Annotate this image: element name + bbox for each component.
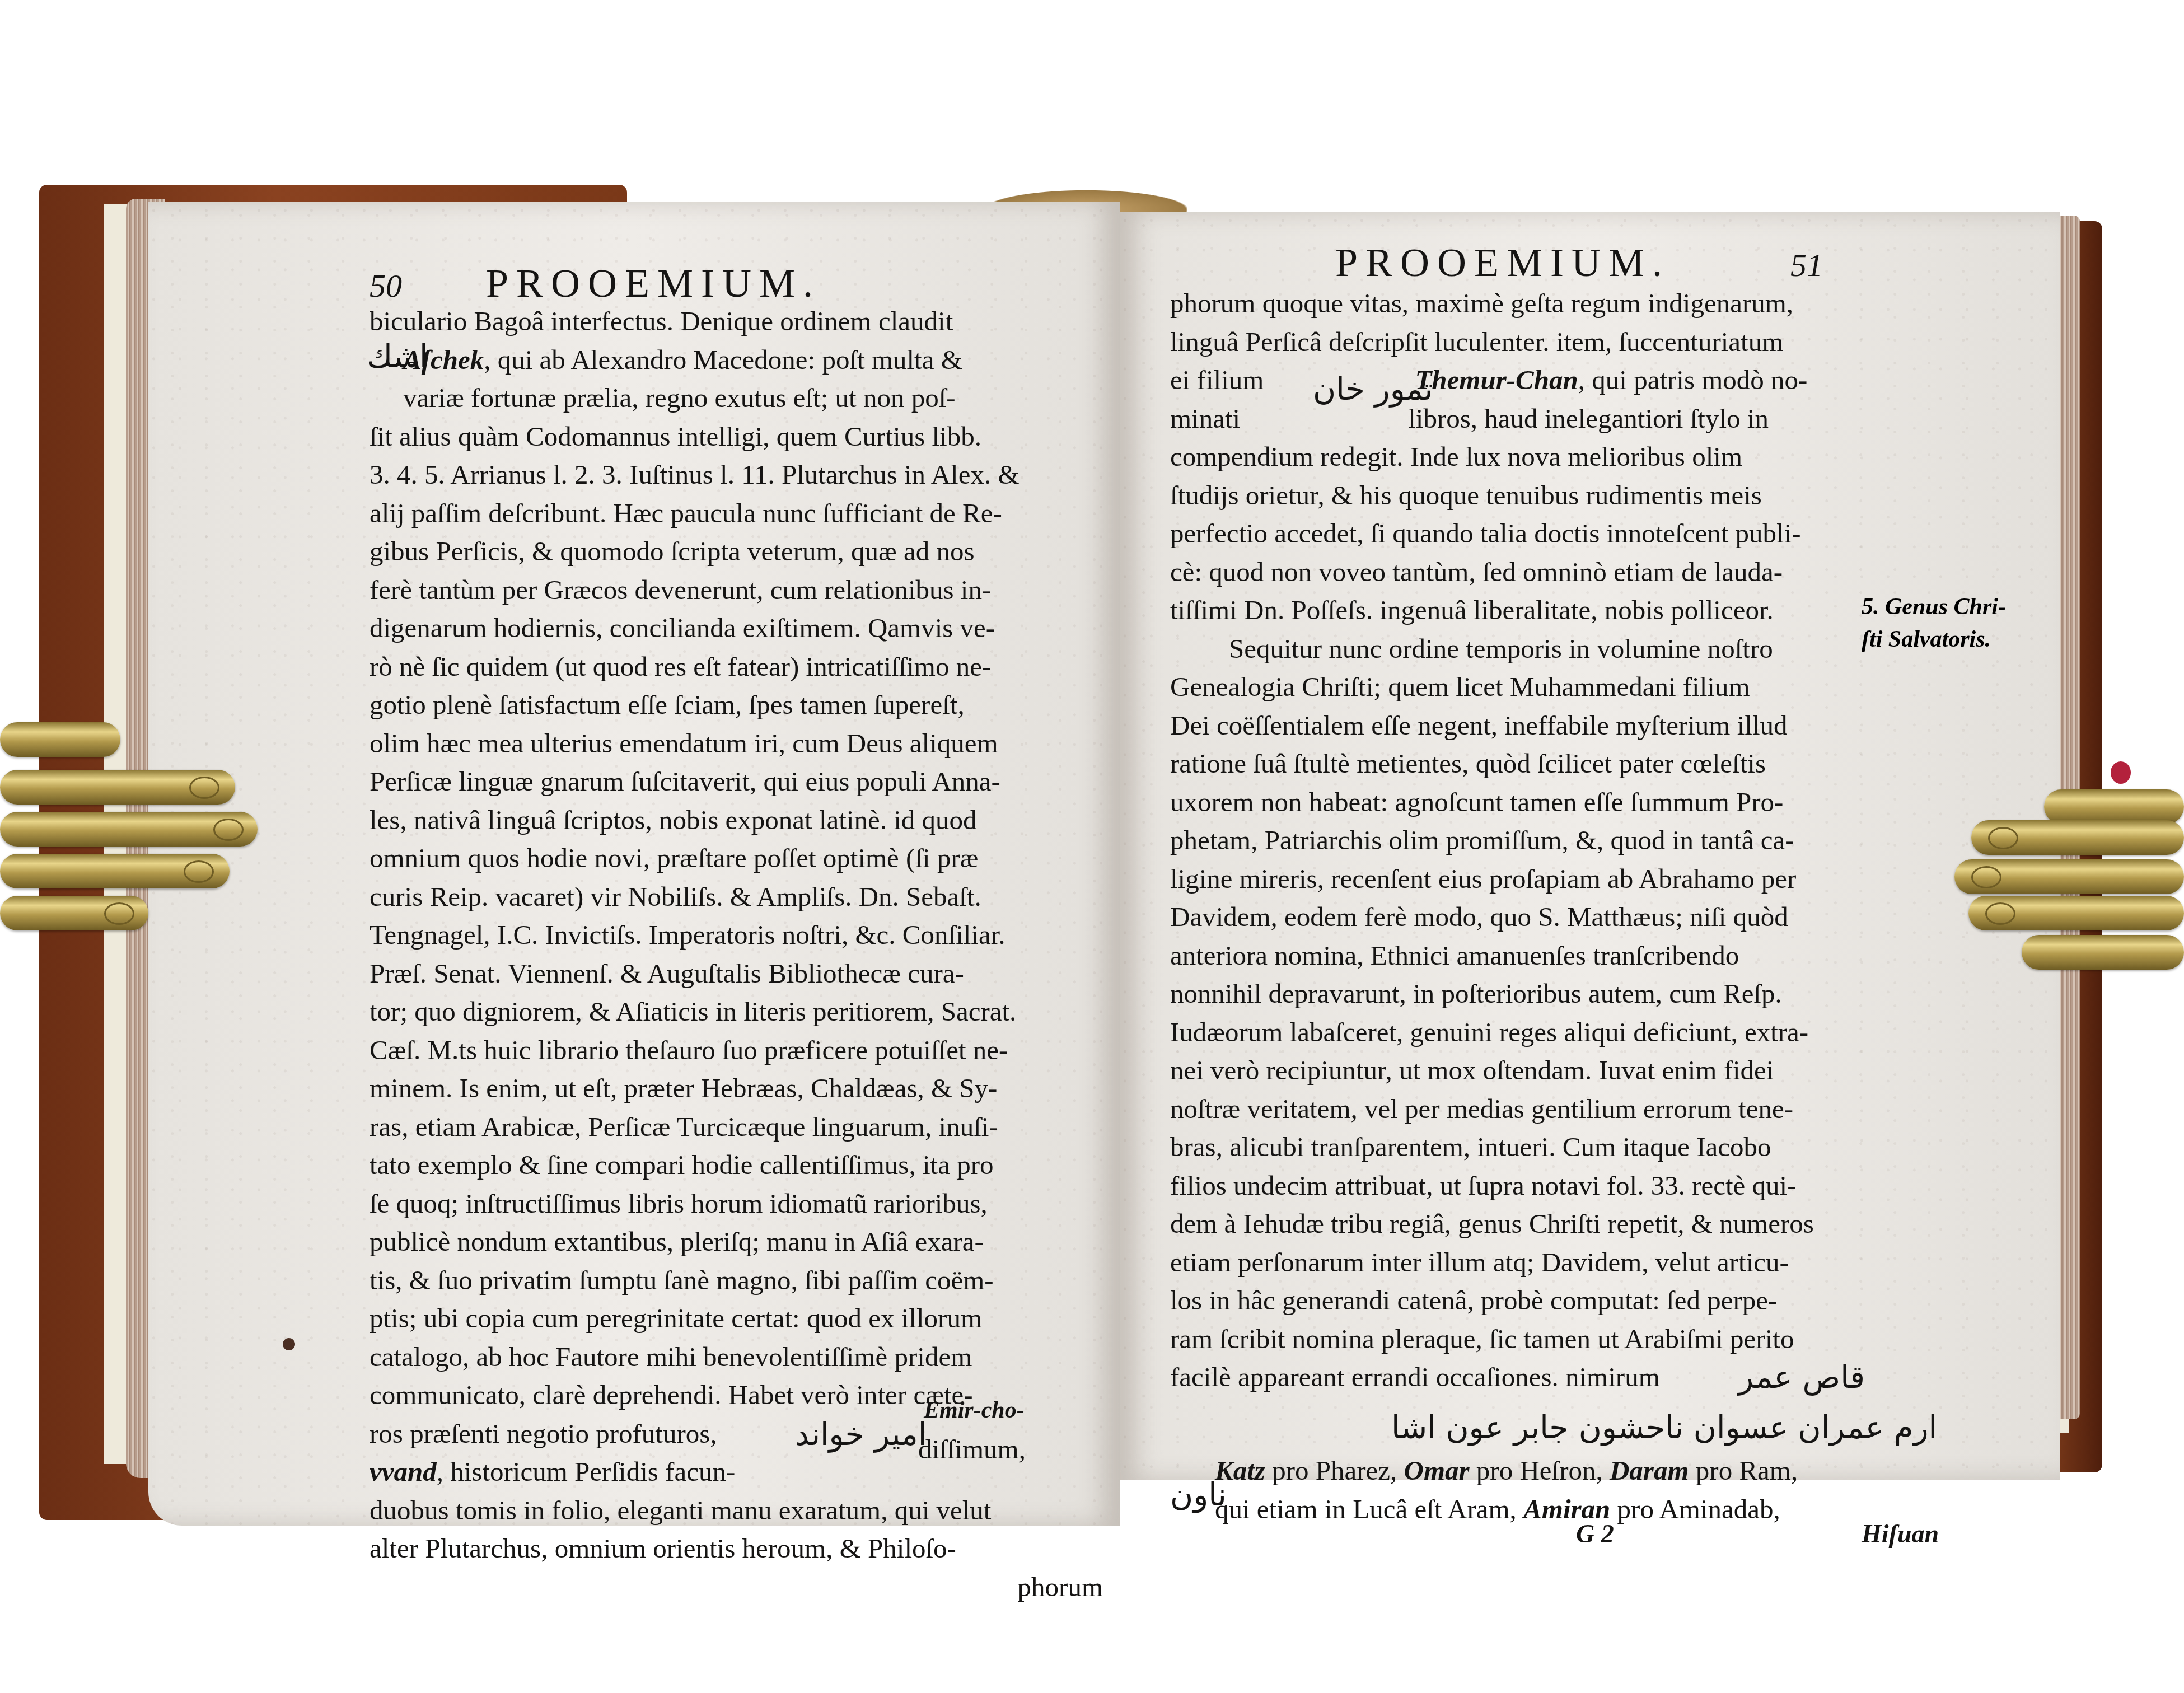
finger	[1971, 820, 2184, 855]
text-line: phetam, Patriarchis olim promiſſum, &, q…	[1170, 821, 1814, 860]
finger	[2044, 789, 2184, 824]
text-line: olim hæc mea ulterius emendatum iri, cum…	[370, 724, 1103, 763]
text-line: rò nè ſic quidem (ut quod res eſt fatear…	[370, 648, 1103, 686]
text-fragment: ei filium	[1170, 364, 1264, 395]
text-line: ptis; ubi copia cum peregrinitate certat…	[370, 1299, 1103, 1338]
text-fragment: ros præſenti negotio profuturos,	[370, 1418, 717, 1449]
text-line: anteriora nomina, Ethnici amanuenſes tra…	[1170, 937, 1814, 975]
text-line: dem à Iehudæ tribu regiâ, genus Chriſti …	[1170, 1205, 1814, 1243]
text-line: noſtræ veritatem, vel per medias gentili…	[1170, 1090, 1814, 1129]
text-line: tor; quo digniorem, & Aſiaticis in liter…	[370, 993, 1103, 1031]
text-fragment: diſſimum,	[918, 1430, 1026, 1469]
left-page: 50 PROOEMIUM. biculario Bagoâ interfectu…	[148, 202, 1120, 1526]
italic-name: vvand	[370, 1456, 437, 1487]
text-line: ſe quoq; inſtructiſſimus libris horum id…	[370, 1185, 1103, 1223]
name-daram: Daram	[1610, 1455, 1689, 1486]
text-line: facilè appareant errandi occaſiones. nim…	[1170, 1358, 1814, 1397]
text-line: Perſicæ linguæ gnarum ſuſcitaverit, qui …	[370, 763, 1103, 801]
text-fragment: pro Pharez,	[1265, 1455, 1404, 1486]
margin-note-line-1: 5. Genus Chri-	[1862, 591, 2006, 623]
names-line-2: qui etiam in Lucâ eſt Aram, Amiran pro A…	[1215, 1490, 1798, 1529]
left-page-header: 50 PROOEMIUM.	[370, 260, 821, 307]
text-line: publicè nondum extantibus, pleriſq; manu…	[370, 1223, 1103, 1261]
text-line: ferè tantùm per Græcos devenerunt, cum r…	[370, 571, 1103, 610]
name-katz: Katz	[1215, 1455, 1265, 1486]
text-line: uxorem non habeat: agnoſcunt tamen eſſe …	[1170, 783, 1814, 822]
right-page-body: phorum quoque vitas, maximè geſta regum …	[1170, 284, 1814, 1397]
paragraph-start: Sequitur nunc ordine temporis in volumin…	[1170, 630, 1814, 668]
names-line-1: Katz pro Pharez, Omar pro Heſron, Daram …	[1215, 1452, 1798, 1490]
text-line: etiam perſonarum inter illum atq; Davide…	[1170, 1243, 1814, 1282]
arabic-word-aschek: اشك	[367, 339, 428, 375]
brass-hand-right[interactable]	[1948, 789, 2184, 974]
text-line: ligine mireris, recenſent eius proſapiam…	[1170, 860, 1814, 899]
italic-gloss-emir: Emir-cho-	[924, 1394, 1025, 1427]
arabic-word-themur-chan: تمور خان	[1313, 371, 1433, 408]
text-line: Dei coëſſentialem eſſe negent, ineffabil…	[1170, 707, 1814, 745]
brass-hand-left[interactable]	[0, 722, 263, 935]
arabic-word-emir-chowand: امير خواند	[795, 1416, 927, 1453]
text-line: variæ fortunæ prælia, regno exutus eſt; …	[370, 379, 1103, 418]
text-line: linguâ Perſicâ deſcripſit luculenter. it…	[1170, 323, 1814, 362]
text-line: alij paſſim deſcribunt. Hæc paucula nunc…	[370, 494, 1103, 533]
text-line: compendium redegit. Inde lux nova melior…	[1170, 438, 1814, 476]
catchword: Hiſuan	[1862, 1519, 1939, 1549]
text-line: Davidem, eodem ferè modo, quo S. Matthæu…	[1170, 898, 1814, 937]
text-fragment: libros, haud inelegantiori ſtylo in	[1408, 403, 1769, 434]
thumb	[0, 722, 120, 757]
text-fragment: pro Ram,	[1689, 1455, 1798, 1486]
red-stain	[2111, 761, 2131, 784]
text-line: Iudæorum labaſceret, genuini reges aliqu…	[1170, 1013, 1814, 1052]
finger	[1954, 859, 2184, 894]
text-line: ram ſcribit nomina pleraque, ſic tamen u…	[1170, 1320, 1814, 1359]
text-line: Præſ. Senat. Viennenſ. & Auguſtalis Bibl…	[370, 955, 1103, 993]
finger	[0, 812, 258, 846]
text-line: Tengnagel, I.C. Invictiſs. Imperatoris n…	[370, 916, 1103, 955]
text-line: 3. 4. 5. Arrianus l. 2. 3. Iuſtinus l. 1…	[370, 456, 1103, 494]
finger	[0, 854, 230, 888]
text-fragment: historicum Perſidis facun-	[450, 1456, 735, 1487]
running-title: PROOEMIUM.	[486, 260, 821, 307]
text-line: filios undecim attribuat, ut ſupra notav…	[1170, 1167, 1814, 1205]
text-line: tato exemplo & ſine compari hodie callen…	[370, 1146, 1103, 1185]
text-fragment: minati	[1170, 403, 1240, 434]
page-number: 50	[370, 267, 402, 305]
text-line: bras, alicubi tranſparentem, intueri. Cu…	[1170, 1128, 1814, 1167]
text-line: ratione ſuâ ſtultè metientes, quòd ſcili…	[1170, 745, 1814, 783]
text-line: gibus Perſicis, & quomodo ſcripta veteru…	[370, 532, 1103, 571]
page-number: 51	[1790, 246, 1823, 284]
text-line: curis Reip. vacaret) vir Nobiliſs. & Amp…	[370, 878, 1103, 916]
text-line: los in hâc generandi catenâ, probè compu…	[1170, 1282, 1814, 1320]
text-line: catalogo, ab hoc Fautore mihi benevolent…	[370, 1338, 1103, 1377]
text-fragment: qui etiam in Lucâ eſt Aram,	[1215, 1494, 1523, 1524]
finger	[0, 896, 148, 930]
text-line: omnium quos hodie novi, præſtare poſſet …	[370, 839, 1103, 878]
thumb	[2022, 935, 2184, 970]
finger	[1968, 896, 2184, 930]
text-line: AſchekAſchek, qui ab Alexandro Macedone:…	[370, 341, 1103, 380]
text-fragment: pro Aminadab,	[1610, 1494, 1780, 1524]
text-line: tis, & ſuo privatim ſumptu ſanè magno, ſ…	[370, 1261, 1103, 1300]
transliteration-block: Katz pro Pharez, Omar pro Heſron, Daram …	[1215, 1452, 1798, 1528]
text-fragment: pro Heſron,	[1470, 1455, 1610, 1486]
text-line: gotio plenè ſatisfactum eſſe ſciam, ſpes…	[370, 686, 1103, 724]
text-line: minem. Is enim, ut eſt, præter Hebræas, …	[370, 1069, 1103, 1108]
text-line: tiſſimi Dn. Poſſeſs. ingenuâ liberalitat…	[1170, 591, 1814, 630]
text-line: cè: quod non voveo tantùm, ſed omninò et…	[1170, 553, 1814, 592]
text-line: ſtudijs orietur, & his quoque tenuibus r…	[1170, 476, 1814, 515]
right-page-header: PROOEMIUM. 51	[1335, 240, 1823, 286]
name-omar: Omar	[1404, 1455, 1470, 1486]
text-line: ei filiumThemur-Chan, qui patris modò no…	[1170, 361, 1814, 400]
text-line: ras, etiam Arabicæ, Perſicæ Turcicæque l…	[370, 1108, 1103, 1147]
text-line: duobus tomis in folio, eleganti manu exa…	[370, 1491, 1103, 1530]
text-line: nonnihil depravarunt, in poſterioribus a…	[1170, 975, 1814, 1013]
text-line: alter Plutarchus, omnium orientis heroum…	[370, 1530, 1103, 1568]
ink-spot	[283, 1338, 295, 1350]
text-fragment: , qui patris modò no-	[1578, 364, 1808, 395]
text-line: les, nativâ linguâ ſcriptos, nobis expon…	[370, 801, 1103, 840]
running-title: PROOEMIUM.	[1335, 240, 1670, 286]
text-line: phorum quoque vitas, maximè geſta regum …	[1170, 284, 1814, 323]
text-line: digenarum hodiernis, concilianda exiſtim…	[370, 609, 1103, 648]
text-line: ſit alius quàm Codomannus intelligi, que…	[370, 418, 1103, 456]
italic-name: Themur-Chan	[1415, 364, 1578, 395]
text-line: minatilibros, haud inelegantiori ſtylo i…	[1170, 400, 1814, 438]
text-line: perfectio accedet, ſi quando talia docti…	[1170, 515, 1814, 553]
finger	[0, 770, 235, 805]
text-line: biculario Bagoâ interfectus. Denique ord…	[370, 302, 1103, 341]
right-page: PROOEMIUM. 51 phorum quoque vitas, maxim…	[1120, 212, 2060, 1480]
text-line: Genealogia Chriſti; quem licet Muhammeda…	[1170, 668, 1814, 707]
signature-mark: G 2	[1576, 1519, 1614, 1549]
arabic-names-row-1: قاص عمر	[1738, 1359, 1865, 1396]
text-line: Cæſ. M.ts huic librario theſauro ſuo præ…	[370, 1031, 1103, 1070]
margin-note-line-2: ſti Salvatoris.	[1862, 623, 1991, 656]
arabic-names-row-2: ارم عمران عسوان ناحشون جابر عون اشا	[1170, 1410, 1937, 1446]
text-line: nei verò recipiuntur, ut mox oſtendam. I…	[1170, 1051, 1814, 1090]
text-line: phorum	[370, 1568, 1103, 1607]
